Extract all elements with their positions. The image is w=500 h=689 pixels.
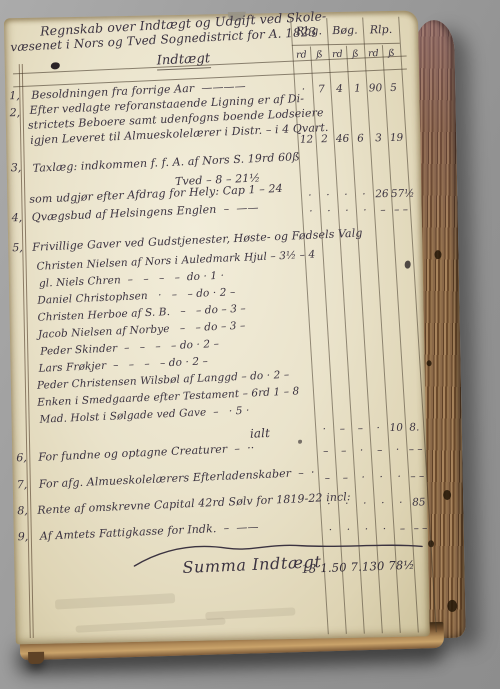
amount-cell: · [319,189,338,201]
edge-stain [434,250,441,259]
photo-backdrop: Rbg. Bøg. Rlp. rd ß rd ß rd ß ·741905 12… [0,0,500,689]
entry-number: 7, [17,478,28,491]
column-subheader: rd [328,49,347,60]
column-group-label: Bøg. [327,23,364,37]
entry-number: 5, [12,241,23,254]
entry-number: 8, [17,504,28,517]
amount-cell: · [302,205,321,217]
entry-number: 3, [11,161,22,174]
amount-cell: 57½ [391,188,410,200]
entry-number: 2, [10,106,21,119]
amount-cell: 4 [330,83,349,95]
amount-cell: · [374,497,393,509]
amount-cell: – [316,445,335,457]
amount-cell: · [301,189,320,201]
amount-cell: · [338,205,357,217]
entry-number: 4, [12,211,23,224]
amount-cell: · [321,524,340,536]
amount-cell: 12 [297,133,316,145]
amount-cell: · [375,523,394,535]
amount-cell: 46 [333,133,352,145]
amount-cell: – [334,445,353,457]
amount-cell: 8. [405,421,424,433]
amount-cell: – – [392,204,411,216]
amount-cell: 19 [387,132,406,144]
column-subheader: rd [364,48,383,59]
section-title: Indtægt [156,51,210,70]
amount-cell: · [315,423,334,435]
amount-row: ––···– – [318,470,427,484]
amount-cell: – [318,472,337,484]
amount-cell: 7 [312,83,331,95]
amount-cell: · [339,524,358,536]
amount-row: ····2657½ [301,188,410,202]
amount-cell: 3 [369,132,388,144]
amount-cell: – [351,422,370,434]
amount-cell: 5 [384,82,403,94]
amount-cell: – – [406,443,425,455]
ledger-book: Rbg. Bøg. Rlp. rd ß rd ß rd ß ·741905 12… [2,4,468,667]
amount-cell: 6 [351,132,370,144]
amount-row: ·––·108. [315,421,424,435]
amount-cell: 85 [410,496,429,508]
column-subheader: ß [346,48,365,59]
column-subheader: ß [382,48,401,59]
column-group-label: Rlp. [363,23,400,37]
amount-cell: · [356,204,375,216]
amount-cell: 26 [373,188,392,200]
amount-cell: – [336,472,355,484]
column-subheaders: rd ß rd ß rd ß [292,48,401,61]
book-edge-tab [28,652,44,664]
amount-cell: – [374,204,393,216]
entry-number: 6, [16,451,27,464]
amount-cell: – – [408,470,427,482]
amount-cell: 2 [315,133,334,145]
amount-row: ––·–·– – [316,443,425,457]
ledger-page: Rbg. Bøg. Rlp. rd ß rd ß rd ß ·741905 12… [4,10,430,644]
amount-cell: · [372,471,391,483]
amount-cell: – [393,523,412,535]
subtotal-label: ialt [250,426,271,441]
amount-cell: · [354,471,373,483]
amount-cell: · [352,444,371,456]
amount-cell: · [390,471,409,483]
amount-cell: – [333,423,352,435]
amount-cell: · [369,422,388,434]
amount-row: ·741905 [294,82,403,96]
amount-cell: 10 [387,422,406,434]
amount-cell: · [392,497,411,509]
entry-number: 9, [18,530,29,543]
amount-cell: · [355,188,374,200]
amount-cell: · [337,189,356,201]
amount-cell: 90 [366,82,385,94]
amount-cell: 1 [348,82,367,94]
amount-row: ····–– – [302,204,411,218]
amount-cell: – [370,444,389,456]
amount-cell: · [357,523,376,535]
amount-cell: · [388,444,407,456]
amount-cell: · [320,205,339,217]
column-subheader: ß [310,49,329,60]
amount-cell: – – [411,522,430,534]
amount-cell: · [356,497,375,509]
entry-number: 1, [9,89,20,102]
column-subheader: rd [292,50,311,61]
